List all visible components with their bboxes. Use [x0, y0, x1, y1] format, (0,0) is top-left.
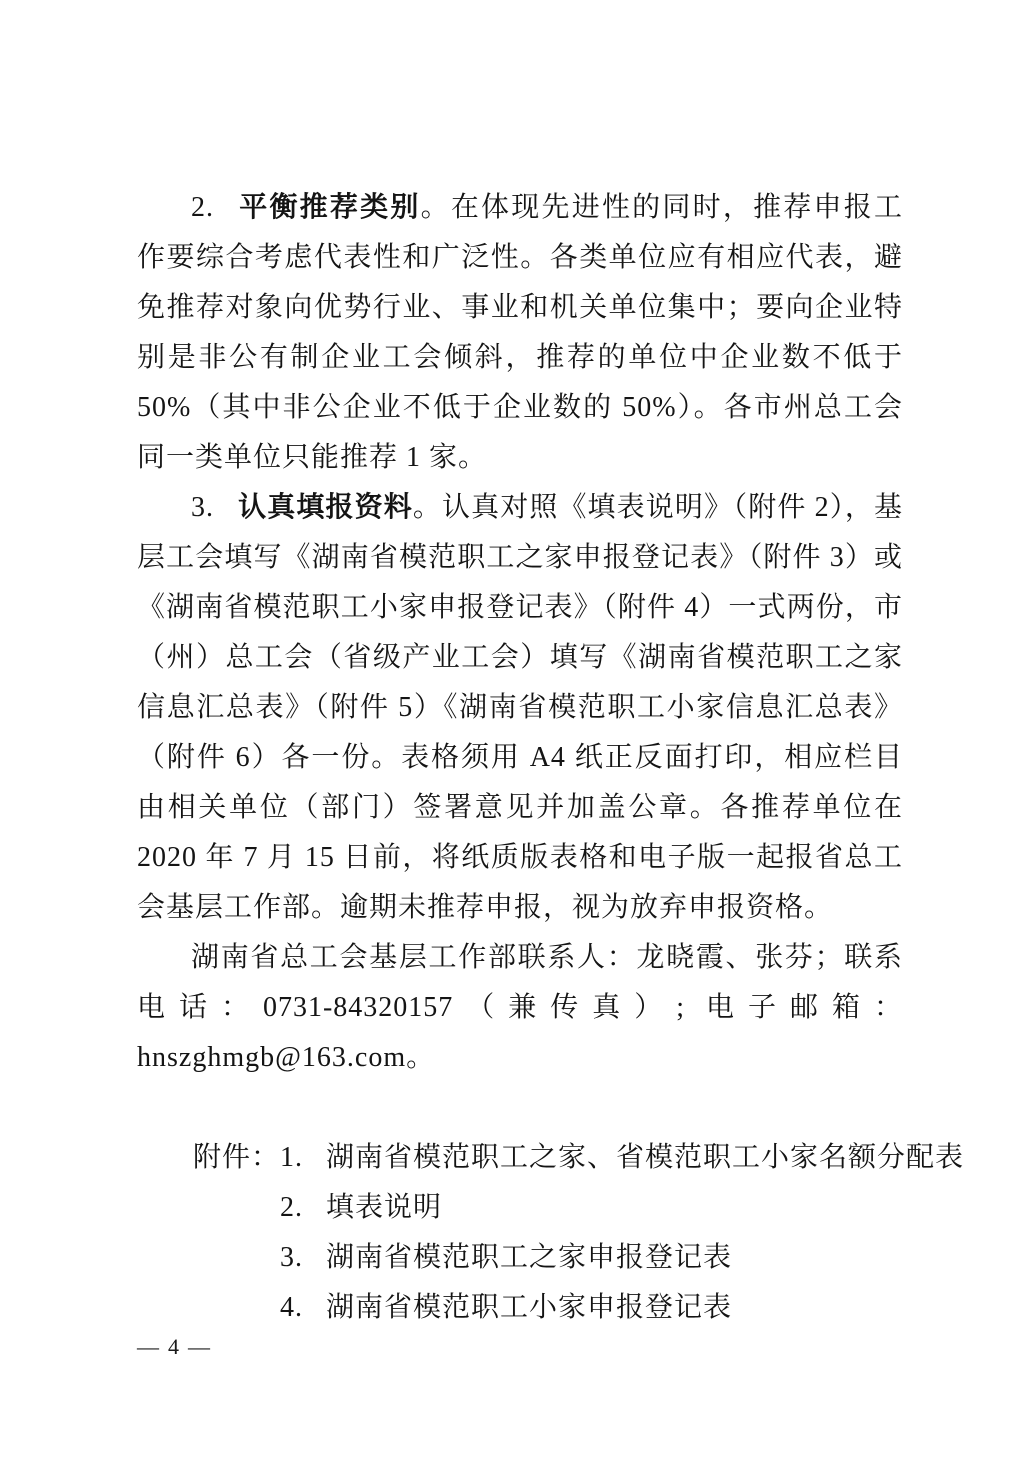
paragraph-contact-info: 湖南省总工会基层工作部联系人：龙晓霞、张芬；联系电话：0731-84320157…: [137, 933, 903, 1083]
attachment-number: 4.: [280, 1283, 326, 1333]
page-number: 4: [168, 1332, 179, 1362]
footer-left-dash: —: [137, 1334, 159, 1359]
page-number-footer: —4—: [137, 1332, 210, 1362]
attachment-list-item: 1.湖南省模范职工之家、省模范职工小家名额分配表: [280, 1133, 964, 1183]
paragraph-balance-categories: 2.平衡推荐类别。在体现先进性的同时，推荐申报工作要综合考虑代表性和广泛性。各类…: [137, 183, 903, 483]
attachment-title: 湖南省模范职工之家申报登记表: [326, 1242, 732, 1273]
paragraph-run-in-heading: 认真填报资料: [238, 492, 413, 523]
paragraph-number: 2.: [191, 192, 214, 223]
attachment-title: 填表说明: [326, 1192, 442, 1223]
paragraph-run-in-heading: 平衡推荐类别: [238, 192, 421, 223]
attachment-number: 1.: [280, 1133, 326, 1183]
attachments-block: 附件： 1.湖南省模范职工之家、省模范职工小家名额分配表 2.填表说明 3.湖南…: [193, 1133, 903, 1333]
document-body: 2.平衡推荐类别。在体现先进性的同时，推荐申报工作要综合考虑代表性和广泛性。各类…: [137, 183, 903, 1333]
attachment-number: 2.: [280, 1183, 326, 1233]
attachments-label: 附件：: [193, 1133, 280, 1333]
document-page: 2.平衡推荐类别。在体现先进性的同时，推荐申报工作要综合考虑代表性和广泛性。各类…: [0, 0, 1036, 1465]
attachment-list-item: 3.湖南省模范职工之家申报登记表: [280, 1233, 964, 1283]
paragraph-text: 。在体现先进性的同时，推荐申报工作要综合考虑代表性和广泛性。各类单位应有相应代表…: [137, 192, 903, 473]
footer-right-dash: —: [188, 1334, 210, 1359]
attachment-title: 湖南省模范职工小家申报登记表: [326, 1292, 732, 1323]
attachments-list: 1.湖南省模范职工之家、省模范职工小家名额分配表 2.填表说明 3.湖南省模范职…: [280, 1133, 964, 1333]
attachment-list-item: 4.湖南省模范职工小家申报登记表: [280, 1283, 964, 1333]
attachment-number: 3.: [280, 1233, 326, 1283]
paragraph-text: 湖南省总工会基层工作部联系人：龙晓霞、张芬；联系电话：0731-84320157…: [137, 942, 903, 1073]
paragraph-text: 。认真对照《填表说明》（附件 2），基层工会填写《湖南省模范职工之家申报登记表》…: [137, 492, 903, 923]
paragraph-fill-materials: 3.认真填报资料。认真对照《填表说明》（附件 2），基层工会填写《湖南省模范职工…: [137, 483, 903, 933]
paragraph-number: 3.: [191, 492, 214, 523]
attachment-list-item: 2.填表说明: [280, 1183, 964, 1233]
attachment-title: 湖南省模范职工之家、省模范职工小家名额分配表: [326, 1142, 964, 1173]
